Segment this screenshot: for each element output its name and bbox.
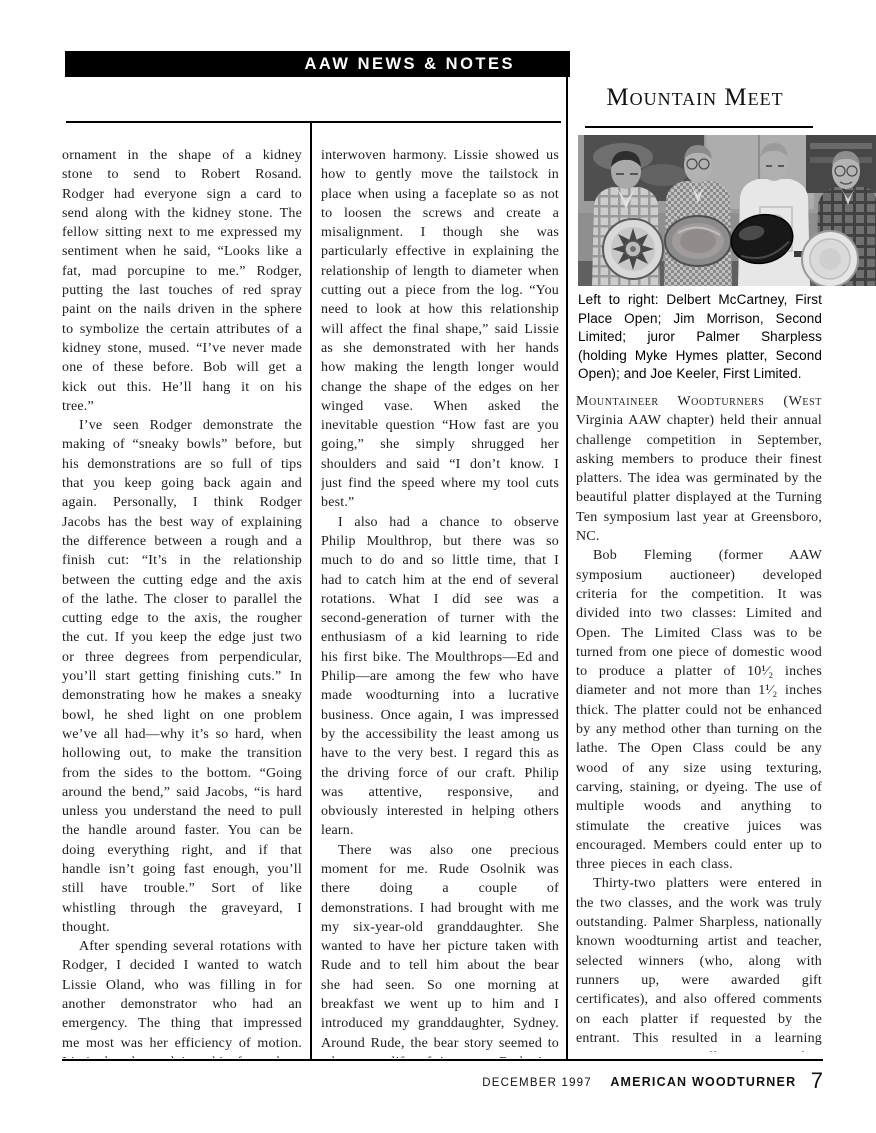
paragraph-text: Virginia AAW chapter) held their annual … — [576, 413, 822, 544]
paragraph: Bob Fleming (former AAW symposium auctio… — [576, 546, 822, 874]
group-photo — [578, 135, 876, 286]
title-rule — [585, 126, 813, 128]
paragraph: I’ve seen Rodger demonstrate the making … — [62, 416, 302, 937]
column-divider-2 — [566, 77, 568, 1060]
issue-date: DECEMBER 1997 — [482, 1077, 592, 1089]
page-number: 7 — [811, 1068, 823, 1093]
paragraph: ornament in the shape of a kidney stone … — [62, 146, 302, 416]
smallcaps-lead-in: Mountaineer Woodturners (West — [576, 394, 822, 409]
paragraph: After spending several rotations with Ro… — [62, 937, 302, 1058]
article-column-right: Mountaineer Woodturners (West Virginia A… — [576, 392, 822, 1052]
article-column-2: interwoven harmony. Lissie showed us how… — [321, 146, 559, 1058]
paragraph: interwoven harmony. Lissie showed us how… — [321, 146, 559, 513]
footer-rule — [62, 1059, 823, 1061]
header-rule — [66, 121, 561, 123]
group-photo-illustration — [578, 135, 876, 286]
section-title: AAW NEWS & NOTES — [304, 55, 515, 73]
photo-caption: Left to right: Delbert McCartney, First … — [578, 291, 822, 384]
article-title: Mountain Meet — [570, 84, 820, 112]
page-footer: DECEMBER 1997 AMERICAN WOODTURNER 7 — [62, 1066, 823, 1092]
column-divider-1 — [310, 121, 312, 1060]
paragraph: There was also one precious moment for m… — [321, 841, 559, 1058]
section-header-bar: AAW NEWS & NOTES — [65, 51, 570, 77]
paragraph: Mountaineer Woodturners (West Virginia A… — [576, 392, 822, 546]
article-column-1: ornament in the shape of a kidney stone … — [62, 146, 302, 1058]
magazine-name: AMERICAN WOODTURNER — [610, 1075, 796, 1089]
paragraph: I also had a chance to observe Philip Mo… — [321, 513, 559, 841]
paragraph: Thirty-two platters were entered in the … — [576, 874, 822, 1052]
